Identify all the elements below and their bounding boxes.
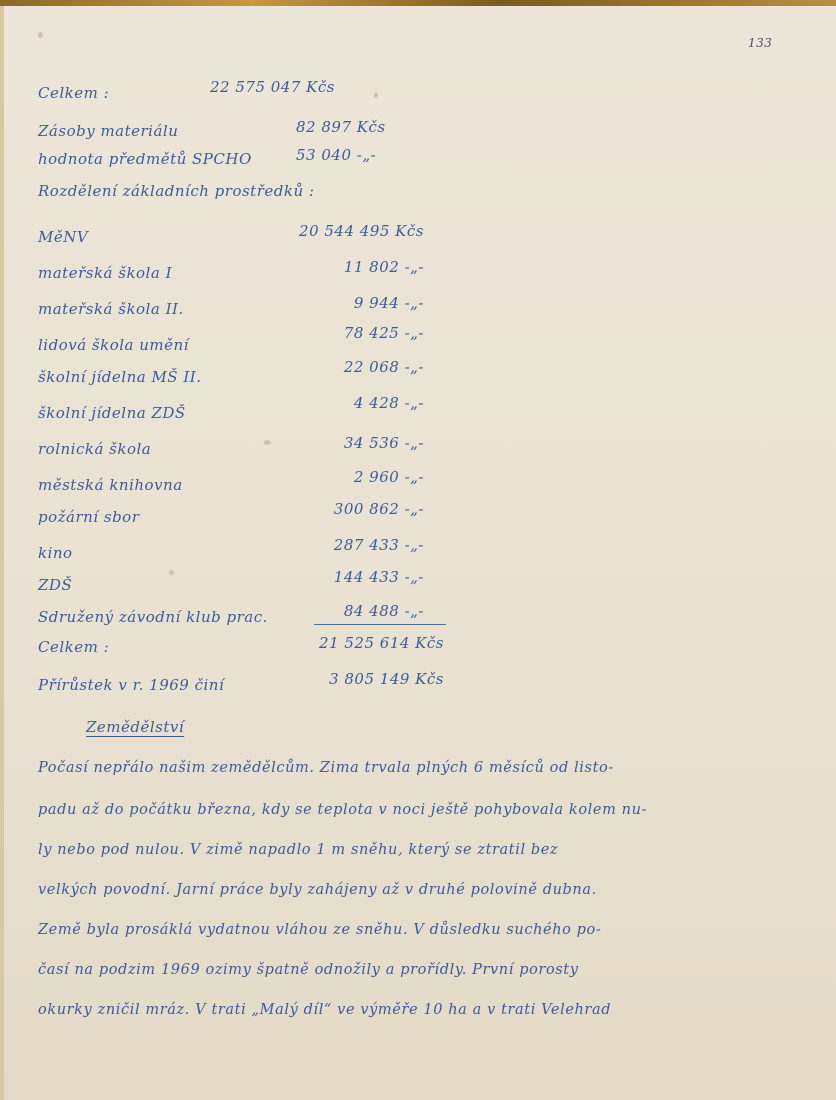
row-label: rolnická škola <box>38 440 151 458</box>
agriculture-line: ly nebo pod nulou. V zimě napadlo 1 m sn… <box>38 842 558 858</box>
row-label: mateřská škola II. <box>38 300 184 318</box>
row-value: 84 488 -„- <box>344 602 424 620</box>
materials-value: 82 897 Kčs <box>296 118 386 136</box>
distribution-total-label: Celkem : <box>38 638 109 656</box>
row-label: školní jídelna MŠ II. <box>38 368 201 386</box>
materials-label: Zásoby materiálu <box>38 122 178 140</box>
row-value: 34 536 -„- <box>344 434 424 452</box>
row-value: 2 960 -„- <box>354 468 424 486</box>
row-label: lidová škola umění <box>38 336 189 354</box>
row-value: 287 433 -„- <box>334 536 424 554</box>
items-label: hodnota předmětů SPCHO <box>38 150 252 168</box>
row-value: 300 862 -„- <box>334 500 424 518</box>
agriculture-line: Počasí nepřálo našim zemědělcům. Zima tr… <box>38 760 614 776</box>
agriculture-heading: Zemědělství <box>86 718 184 736</box>
summary-total-label: Celkem : <box>38 84 109 102</box>
paper-spot <box>169 570 174 575</box>
row-label: městská knihovna <box>38 476 183 494</box>
agriculture-line: padu až do počátku března, kdy se teplot… <box>38 802 647 818</box>
agriculture-line: Země byla prosáklá vydatnou vláhou ze sn… <box>38 922 601 938</box>
sum-rule <box>314 624 446 625</box>
distribution-total-value: 21 525 614 Kčs <box>319 634 444 652</box>
row-label: mateřská škola I <box>38 264 172 282</box>
row-label: ZDŠ <box>38 576 72 594</box>
increase-label: Přírůstek v r. 1969 činí <box>38 676 224 694</box>
row-value: 22 068 -„- <box>344 358 424 376</box>
paper-spot <box>38 32 43 38</box>
row-value: 9 944 -„- <box>354 294 424 312</box>
agriculture-line: okurky zničil mráz. V trati „Malý díl“ v… <box>38 1002 611 1018</box>
paper-spot <box>264 440 271 445</box>
items-value: 53 040 -„- <box>296 146 376 164</box>
row-value: 78 425 -„- <box>344 324 424 342</box>
row-label: MěNV <box>38 228 88 246</box>
increase-value: 3 805 149 Kčs <box>329 670 444 688</box>
paper-spot <box>374 92 378 98</box>
agriculture-line: časí na podzim 1969 ozimy špatně odnožil… <box>38 962 579 978</box>
agriculture-line: velkých povodní. Jarní práce byly zaháje… <box>38 882 597 898</box>
row-value: 20 544 495 Kčs <box>299 222 424 240</box>
distribution-heading: Rozdělení základních prostředků : <box>38 182 314 200</box>
row-label: kino <box>38 544 73 562</box>
row-label: školní jídelna ZDŠ <box>38 404 186 422</box>
summary-total-value: 22 575 047 Kčs <box>210 78 335 96</box>
row-label: požární sbor <box>38 508 139 526</box>
row-label: Sdružený závodní klub prac. <box>38 608 268 626</box>
row-value: 11 802 -„- <box>344 258 424 276</box>
row-value: 4 428 -„- <box>354 394 424 412</box>
row-value: 144 433 -„- <box>334 568 424 586</box>
chronicle-page: 133 Celkem : 22 575 047 Kčs Zásoby mater… <box>4 6 836 1100</box>
page-number: 133 <box>748 36 772 50</box>
